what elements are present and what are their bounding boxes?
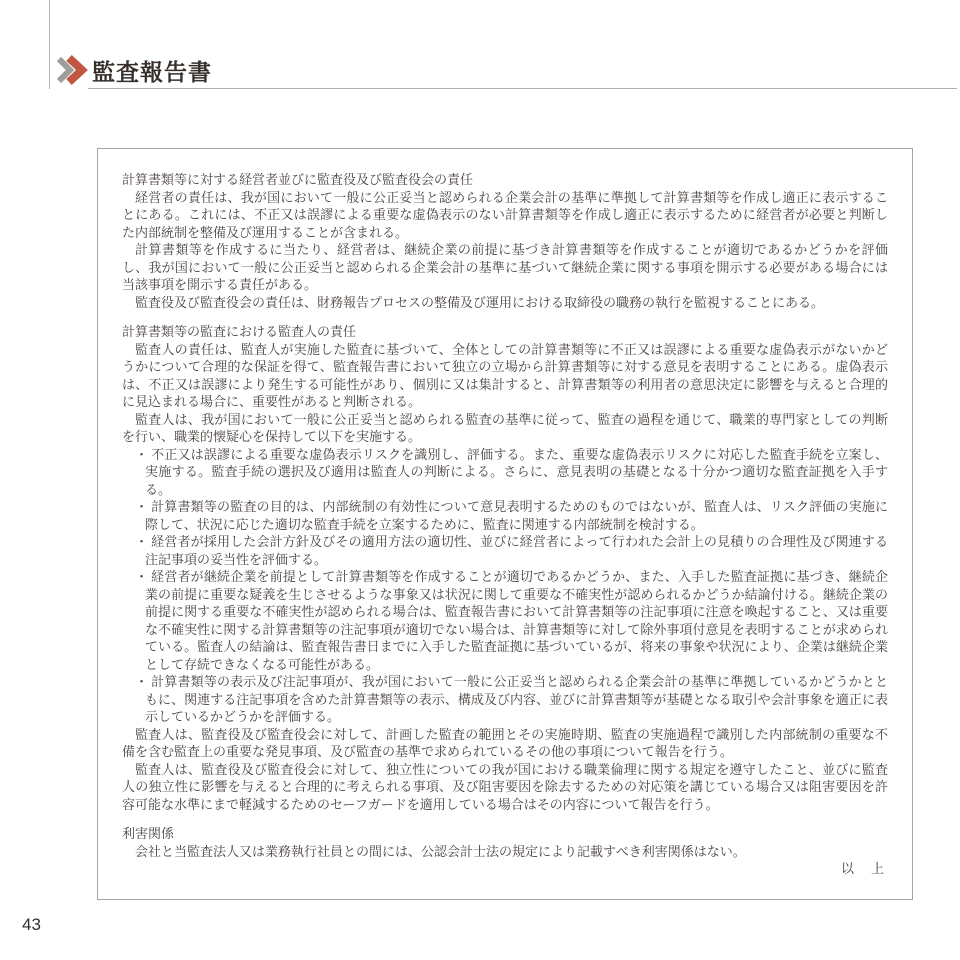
bullet-icon: ・ xyxy=(135,447,148,462)
bullet-icon: ・ xyxy=(135,569,148,584)
paragraph: 監査人は、我が国において一般に公正妥当と認められる監査の基準に従って、監査の過程… xyxy=(122,411,888,446)
paragraph: 会社と当監査法人又は業務執行社員との間には、公認会計士法の規定により記載すべき利… xyxy=(122,843,888,861)
bullet-text: 計算書類等の表示及び注記事項が、我が国において一般に公正妥当と認められる企業会計… xyxy=(145,674,888,724)
paragraph: 監査役及び監査役会の責任は、財務報告プロセスの整備及び運用における取締役の職務の… xyxy=(122,294,888,312)
paragraph: 監査人は、監査役及び監査役会に対して、独立性についての我が国における職業倫理に関… xyxy=(122,761,888,814)
paragraph: 監査人は、監査役及び監査役会に対して、計画した監査の範囲とその実施時期、監査の実… xyxy=(122,726,888,761)
page-title: 監査報告書 xyxy=(92,54,212,87)
bullet-icon: ・ xyxy=(135,534,148,549)
bullet-text: 経営者が継続企業を前提として計算書類等を作成することが適切であるかどうか、また、… xyxy=(145,569,888,672)
header-vertical-rule xyxy=(49,0,50,89)
section-management-responsibility: 計算書類等に対する経営者並びに監査役及び監査役会の責任 経営者の責任は、我が国に… xyxy=(122,171,888,311)
bullet-item: ・計算書類等の表示及び注記事項が、我が国において一般に公正妥当と認められる企業会… xyxy=(122,673,888,726)
paragraph: 計算書類等を作成するに当たり、経営者は、継続企業の前提に基づき計算書類等を作成す… xyxy=(122,241,888,294)
bullet-text: 経営者が採用した会計方針及びその適用方法の適切性、並びに経営者によって行われた会… xyxy=(145,534,888,567)
section-heading: 利害関係 xyxy=(122,825,888,843)
paragraph: 監査人の責任は、監査人が実施した監査に基づいて、全体としての計算書類等に不正又は… xyxy=(122,341,888,411)
bullet-item: ・経営者が継続企業を前提として計算書類等を作成することが適切であるかどうか、また… xyxy=(122,568,888,673)
double-chevron-icon xyxy=(55,55,89,85)
section-conflicts-of-interest: 利害関係 会社と当監査法人又は業務執行社員との間には、公認会計士法の規定により記… xyxy=(122,825,888,878)
closing-statement: 以 上 xyxy=(122,860,888,878)
bullet-text: 不正又は誤謬による重要な虚偽表示リスクを識別し、評価する。また、重要な虚偽表示リ… xyxy=(145,447,888,497)
bullet-item: ・不正又は誤謬による重要な虚偽表示リスクを識別し、評価する。また、重要な虚偽表示… xyxy=(122,446,888,499)
page-number: 43 xyxy=(22,915,41,935)
section-heading: 計算書類等の監査における監査人の責任 xyxy=(122,323,888,341)
audit-report-box: 計算書類等に対する経営者並びに監査役及び監査役会の責任 経営者の責任は、我が国に… xyxy=(97,148,913,900)
bullet-icon: ・ xyxy=(135,674,148,689)
bullet-item: ・計算書類等の監査の目的は、内部統制の有効性について意見表明するためのものではな… xyxy=(122,498,888,533)
section-heading: 計算書類等に対する経営者並びに監査役及び監査役会の責任 xyxy=(122,171,888,189)
section-auditor-responsibility: 計算書類等の監査における監査人の責任 監査人の責任は、監査人が実施した監査に基づ… xyxy=(122,323,888,813)
bullet-icon: ・ xyxy=(135,499,148,514)
title-underline xyxy=(88,88,957,89)
paragraph: 経営者の責任は、我が国において一般に公正妥当と認められる企業会計の基準に準拠して… xyxy=(122,189,888,242)
bullet-item: ・経営者が採用した会計方針及びその適用方法の適切性、並びに経営者によって行われた… xyxy=(122,533,888,568)
bullet-text: 計算書類等の監査の目的は、内部統制の有効性について意見表明するためのものではない… xyxy=(145,499,888,532)
